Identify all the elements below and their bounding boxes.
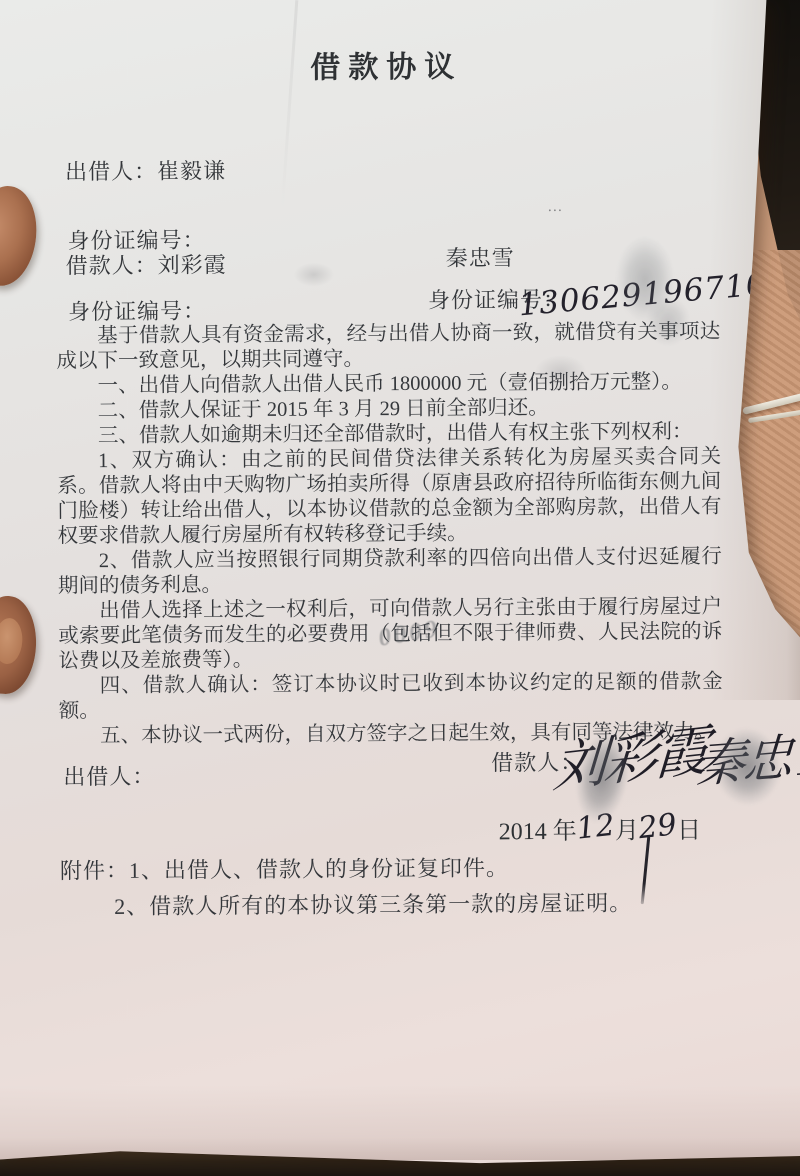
photo-of-loan-agreement: 借款协议 出借人：崔毅谦 身份证编号： … 借款人：刘彩霞 秦忠雪 身份证编号：… [0,0,800,1176]
loan-agreement-document: 借款协议 出借人：崔毅谦 身份证编号： … 借款人：刘彩霞 秦忠雪 身份证编号：… [0,0,800,1176]
month-unit: 月 [615,818,639,844]
borrower-id-label: 身份证编号： [68,294,206,326]
paper-sheet-wrapper: 借款协议 出借人：崔毅谦 身份证编号： … 借款人：刘彩霞 秦忠雪 身份证编号：… [0,0,800,1176]
lender-line: 出借人：崔毅谦 [65,154,226,186]
attachment-line-1: 附件：1、出借人、借款人的身份证复印件。 [60,851,509,885]
date-year: 2014 年 [499,819,577,846]
second-borrower-name: 秦忠雪 [446,241,515,272]
agreement-body: 基于借款人具有资金需求，经与出借人协商一致，就借贷有关事项达成以下一致意见，以期… [56,320,723,750]
soft-smudge-body [534,355,586,389]
clause-1: 一、出借人向借款人出借人民币 1800000 元（壹佰捌拾万元整）。 [57,370,721,400]
day-unit: 日 [677,818,701,844]
pen-stroke-tail [641,836,651,904]
attachment-line-2: 2、借款人所有的本协议第三条第一款的房屋证明。 [114,886,632,921]
fingerprint-smudge-below-id [646,296,690,346]
clause-3-item-2: 2、借款人应当按照银行同期贷款利率的四倍向出借人支付迟延履行期间的债务利息。 [58,545,722,600]
document-title: 借款协议 [0,39,776,88]
borrower-line: 借款人：刘彩霞 [66,248,227,280]
soft-smudge-header [294,262,334,286]
paper-sheet: 借款协议 出借人：崔毅谦 身份证编号： … 借款人：刘彩霞 秦忠雪 身份证编号：… [0,0,800,1176]
preamble-paragraph: 基于借款人具有资金需求，经与出借人协商一致，就借贷有关事项达成以下一致意见，以期… [56,320,720,375]
faint-dots-mark: … [547,199,563,216]
handwritten-day: 29 [637,807,679,846]
clause-3-item-1: 1、双方确认：由之前的民间借贷法律关系转化为房屋买卖合同关系。借款人将由中天购物… [57,445,722,550]
lender-signature-label: 出借人： [63,760,155,792]
